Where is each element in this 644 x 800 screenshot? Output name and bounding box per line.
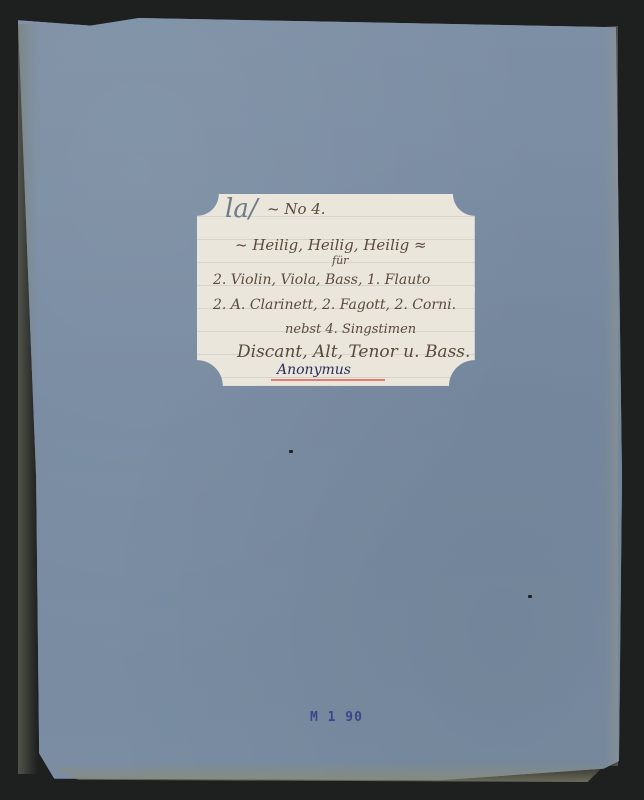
label-title: ~ Heilig, Heilig, Heilig ≈ xyxy=(235,236,427,254)
cover-edge-left xyxy=(18,24,38,774)
label-line-instruments-2: 2. A. Clarinett, 2. Fagott, 2. Corni. xyxy=(213,297,456,313)
pencil-mark: la/ xyxy=(225,194,258,224)
shelfmark-stamp: M 1 90 xyxy=(310,710,363,725)
author-underline xyxy=(271,379,385,381)
speck xyxy=(289,450,293,453)
label-line-fur: für xyxy=(332,254,348,267)
label-line-instruments-1: 2. Violin, Viola, Bass, 1. Flauto xyxy=(213,272,430,288)
speck xyxy=(528,595,532,598)
label-author: Anonymus xyxy=(277,362,351,378)
label-number: ~ No 4. xyxy=(267,200,326,218)
cover-edge-right xyxy=(604,26,618,766)
title-label: la/ ~ No 4. ~ Heilig, Heilig, Heilig ≈ f… xyxy=(197,194,475,386)
label-line-voices: nebst 4. Singstimen xyxy=(285,322,416,337)
document-cover xyxy=(18,18,622,784)
label-line-voice-parts: Discant, Alt, Tenor u. Bass. xyxy=(237,342,470,362)
